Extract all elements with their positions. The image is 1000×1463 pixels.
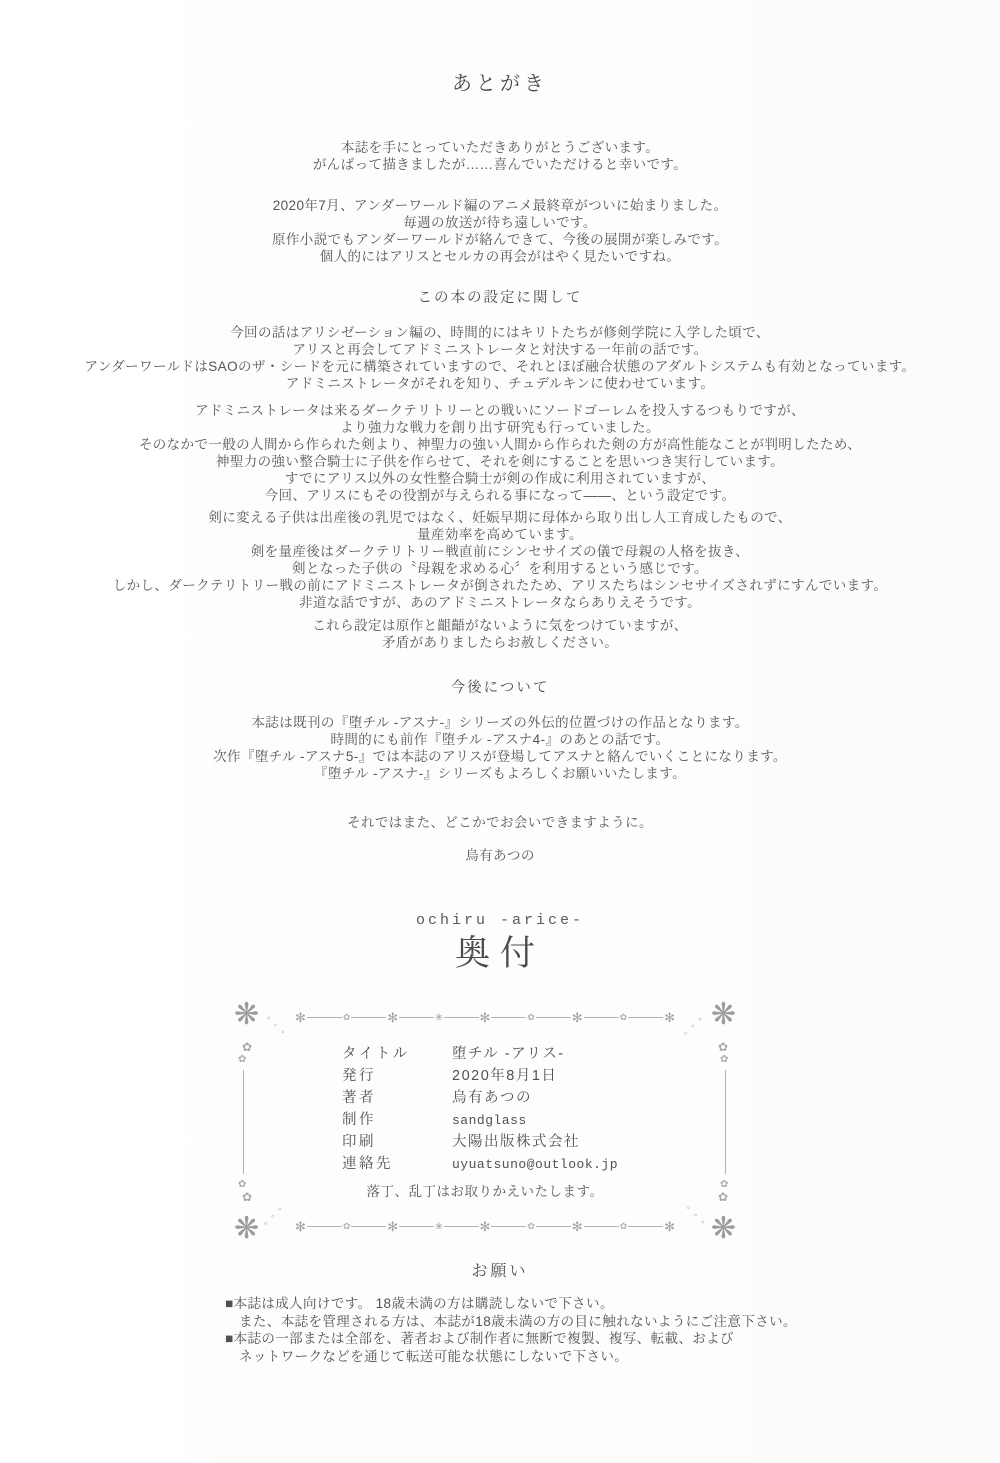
colophon-frame: ❋ ° ° ° ✿ ✻ ✿ ✻ ❀ ✻ ✿ ✻ ✿ ✻ ❋ ° ° ° ✿ ✿ … — [230, 1002, 740, 1242]
colophon-row-label: 印刷 — [342, 1130, 452, 1151]
colophon-row: 印刷大陽出版株式会社 — [342, 1130, 618, 1152]
text-line: アドミニストレータは来るダークテリトリーとの戦いにソードゴーレムを投入するつもり… — [0, 402, 1000, 419]
flower-icon: ✿ — [342, 1220, 352, 1233]
colophon-row: 制作sandglass — [342, 1108, 618, 1130]
text-line: 『堕チル -アスナ-』シリーズもよろしくお願いいたします。 — [0, 765, 1000, 782]
frame-top-line: ✻ ✿ ✻ ❀ ✻ ✿ ✻ ✿ ✻ — [294, 1011, 676, 1024]
flower-icon: ✿ — [342, 1011, 352, 1024]
colophon-row-value: sandglass — [452, 1113, 527, 1128]
text-line: 今回、アリスにもその役割が与えられる事になって――、という設定です。 — [0, 487, 1000, 504]
dot-arc-icon: ° ° ° — [262, 1204, 287, 1229]
small-flower-icon: ✿ — [718, 1040, 728, 1054]
text-line: 量産効率を高めています。 — [0, 526, 1000, 543]
text-line: アドミニストレータがそれを知り、チュデルキンに使わせています。 — [0, 375, 1000, 392]
colophon-row: タイトル堕チル -アリス- — [342, 1042, 618, 1064]
author-name: 烏有あつの — [0, 847, 1000, 864]
text-line: 剣に変える子供は出産後の乳児ではなく、妊娠早期に母体から取り出し人工育成したもの… — [0, 509, 1000, 526]
settings-paragraph-2: アドミニストレータは来るダークテリトリーとの戦いにソードゴーレムを投入するつもり… — [0, 402, 1000, 504]
colophon-row: 発行2020年8月1日 — [342, 1064, 618, 1086]
dot-arc-icon: ° ° ° — [682, 1014, 707, 1039]
text-line: 毎週の放送が待ち遠しいです。 — [0, 214, 1000, 231]
request-heading: お願い — [0, 1263, 1000, 1280]
star-flower-icon: ✻ — [294, 1220, 307, 1233]
colophon-row-label: 制作 — [342, 1108, 452, 1129]
small-flower-icon: ❀ — [434, 1220, 444, 1233]
settings-section-heading: この本の設定に関して — [0, 290, 1000, 307]
star-flower-icon: ✻ — [663, 1220, 676, 1233]
colophon-row: 著者烏有あつの — [342, 1086, 618, 1108]
star-flower-icon: ✻ — [571, 1220, 584, 1233]
burst-icon: ❋ — [234, 1214, 259, 1244]
colophon-heading: 奥付 — [0, 934, 1000, 974]
text-line: ■本誌の一部または全部を、著者および制作者に無断で複製、複写、転載、および — [225, 1330, 945, 1348]
flower-burst-icon: ❋ ° ° ° ✿ — [232, 1190, 288, 1246]
text-line: 矛盾がありましたらお赦しください。 — [0, 634, 1000, 651]
romaji-title: ochiru -arice- — [0, 912, 1000, 929]
flower-icon: ✿ — [526, 1220, 536, 1233]
text-line: ネットワークなどを通じて転送可能な状態にしないで下さい。 — [225, 1348, 945, 1366]
star-flower-icon: ✻ — [294, 1011, 307, 1024]
text-line: 本誌を手にとっていただきありがとうございます。 — [0, 139, 1000, 156]
flower-icon: ✿ — [238, 1054, 246, 1065]
afterword-paragraph-anime: 2020年7月、アンダーワールド編のアニメ最終章がついに始まりました。毎週の放送… — [0, 197, 1000, 265]
colophon-row-value: 2020年8月1日 — [452, 1068, 557, 1084]
request-notice: ■本誌は成人向けです。 18歳未満の方は購読しないで下さい。また、本誌を管理され… — [225, 1295, 945, 1365]
colophon-table: タイトル堕チル -アリス-発行2020年8月1日著者烏有あつの制作sandgla… — [342, 1042, 618, 1174]
frame-bottom-ornament: ❋ ° ° ° ✿ ✻ ✿ ✻ ❀ ✻ ✿ ✻ ✿ ✻ ❋ ° ° ° ✿ — [230, 1196, 740, 1242]
text-line: また、本誌を管理される方は、本誌が18歳未満の方の目に触れないようにご注意下さい… — [225, 1313, 945, 1331]
settings-paragraph-1: 今回の話はアリシゼーション編の、時間的にはキリトたちが修剣学院に入学した頃で、ア… — [0, 324, 1000, 392]
burst-icon: ❋ — [711, 1000, 736, 1030]
text-line: 非道な話ですが、あのアドミニストレータならありえそうです。 — [0, 594, 1000, 611]
text-line: 今回の話はアリシゼーション編の、時間的にはキリトたちが修剣学院に入学した頃で、 — [0, 324, 1000, 341]
text-line: 本誌は既刊の『堕チル -アスナ-』シリーズの外伝的位置づけの作品となります。 — [0, 714, 1000, 731]
text-line: ■本誌は成人向けです。 18歳未満の方は購読しないで下さい。 — [225, 1295, 945, 1313]
star-flower-icon: ✻ — [571, 1011, 584, 1024]
small-flower-icon: ✿ — [242, 1190, 252, 1204]
dot-arc-icon: ° ° ° — [682, 1204, 707, 1229]
burst-icon: ❋ — [711, 1214, 736, 1244]
settings-paragraph-3: 剣に変える子供は出産後の乳児ではなく、妊娠早期に母体から取り出し人工育成したもの… — [0, 509, 1000, 611]
text-line: 剣となった子供の〝母親を求める心〞を利用するという感じです。 — [0, 560, 1000, 577]
text-line: 神聖力の強い整合騎士に子供を作らせて、それを剣にすることを思いつき実行しています… — [0, 453, 1000, 470]
small-flower-icon: ✿ — [242, 1040, 252, 1054]
text-line: 次作『堕チル -アスナ5-』では本誌のアリスが登場してアスナと絡んでいくことにな… — [0, 748, 1000, 765]
text-line: 原作小説でもアンダーワールドが絡んできて、今後の展開が楽しみです。 — [0, 231, 1000, 248]
colophon-row: 連絡先uyuatsuno@outlook.jp — [342, 1152, 618, 1174]
text-line: 時間的にも前作『堕チル -アスナ4-』のあとの話です。 — [0, 731, 1000, 748]
flower-burst-icon: ❋ ° ° ° ✿ — [682, 998, 738, 1054]
text-line: そのなかで一般の人間から作られた剣より、神聖力の強い人間から作られた剣の方が高性… — [0, 436, 1000, 453]
star-flower-icon: ✻ — [386, 1220, 399, 1233]
afterword-title: あとがき — [0, 76, 1000, 93]
colophon-row-label: 著者 — [342, 1086, 452, 1107]
star-flower-icon: ✻ — [479, 1011, 492, 1024]
text-line: すでにアリス以外の女性整合騎士が剣の作成に利用されていますが、 — [0, 470, 1000, 487]
text-line: 2020年7月、アンダーワールド編のアニメ最終章がついに始まりました。 — [0, 197, 1000, 214]
flower-icon: ✿ — [720, 1054, 728, 1065]
small-flower-icon: ❀ — [434, 1011, 444, 1024]
star-flower-icon: ✻ — [663, 1011, 676, 1024]
colophon-row-label: 連絡先 — [342, 1152, 452, 1173]
flower-burst-icon: ❋ ° ° ° ✿ — [232, 998, 288, 1054]
colophon-row-value: 堕チル -アリス- — [452, 1046, 565, 1062]
small-flower-icon: ✿ — [718, 1190, 728, 1204]
burst-icon: ❋ — [234, 1000, 259, 1030]
star-flower-icon: ✻ — [386, 1011, 399, 1024]
afterword-paragraph-thanks: 本誌を手にとっていただきありがとうございます。がんばって描きましたが……喜んでい… — [0, 139, 1000, 173]
frame-left-border: ✿ ✿ — [236, 1054, 252, 1190]
closing-line: それではまた、どこかでお会いできますように。 — [0, 814, 1000, 831]
future-paragraph: 本誌は既刊の『堕チル -アスナ-』シリーズの外伝的位置づけの作品となります。時間… — [0, 714, 1000, 782]
flower-icon: ✿ — [619, 1220, 629, 1233]
colophon-row-label: タイトル — [342, 1042, 452, 1063]
text-line: アリスと再会してアドミニストレータと対決する一年前の話です。 — [0, 341, 1000, 358]
text-line: 個人的にはアリスとセルカの再会がはやく見たいですね。 — [0, 248, 1000, 265]
text-line: がんばって描きましたが……喜んでいただけると幸いです。 — [0, 156, 1000, 173]
flower-icon: ✿ — [619, 1011, 629, 1024]
settings-paragraph-4: これら設定は原作と齟齬がないように気をつけていますが、矛盾がありましたらお赦しく… — [0, 617, 1000, 651]
colophon-row-value: 大陽出版株式会社 — [452, 1134, 580, 1150]
star-flower-icon: ✻ — [479, 1220, 492, 1233]
text-line: これら設定は原作と齟齬がないように気をつけていますが、 — [0, 617, 1000, 634]
colophon-row-value: uyuatsuno@outlook.jp — [452, 1157, 618, 1172]
frame-right-border: ✿ ✿ — [718, 1054, 734, 1190]
text-line: 剣を量産後はダークテリトリー戦直前にシンセサイズの儀で母親の人格を抜き、 — [0, 543, 1000, 560]
frame-bottom-line: ✻ ✿ ✻ ❀ ✻ ✿ ✻ ✿ ✻ — [294, 1220, 676, 1233]
dot-arc-icon: ° ° ° — [262, 1014, 287, 1039]
text-line: より強力な戦力を創り出す研究も行っていました。 — [0, 419, 1000, 436]
flower-icon: ✿ — [526, 1011, 536, 1024]
colophon-row-label: 発行 — [342, 1064, 452, 1085]
text-line: アンダーワールドはSAOのザ・シードを元に構築されていますので、それとほぼ融合状… — [0, 358, 1000, 375]
future-section-heading: 今後について — [0, 680, 1000, 697]
flower-burst-icon: ❋ ° ° ° ✿ — [682, 1190, 738, 1246]
colophon-row-value: 烏有あつの — [452, 1090, 532, 1106]
text-line: しかし、ダークテリトリー戦の前にアドミニストレータが倒されたため、アリスたちはシ… — [0, 577, 1000, 594]
